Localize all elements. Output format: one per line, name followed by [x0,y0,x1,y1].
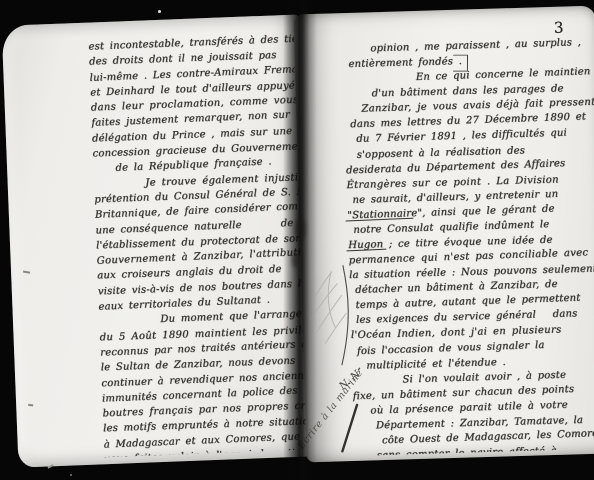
stray-pen-mark [28,404,33,406]
stray-pen-mark [23,271,30,274]
gutter-blotch [295,218,305,240]
book-gutter [283,0,317,480]
dust-speck [70,474,72,476]
stray-pen-mark [47,464,53,469]
gutter-blotch [292,252,300,268]
dust-speck [158,10,161,13]
manuscript-scan: est incontestable, transférés à des tier… [0,0,594,480]
left-page: est incontestable, transférés à des tier… [2,14,319,467]
right-page: 3 opinion , me paraissent , au surplus ,… [293,6,594,463]
